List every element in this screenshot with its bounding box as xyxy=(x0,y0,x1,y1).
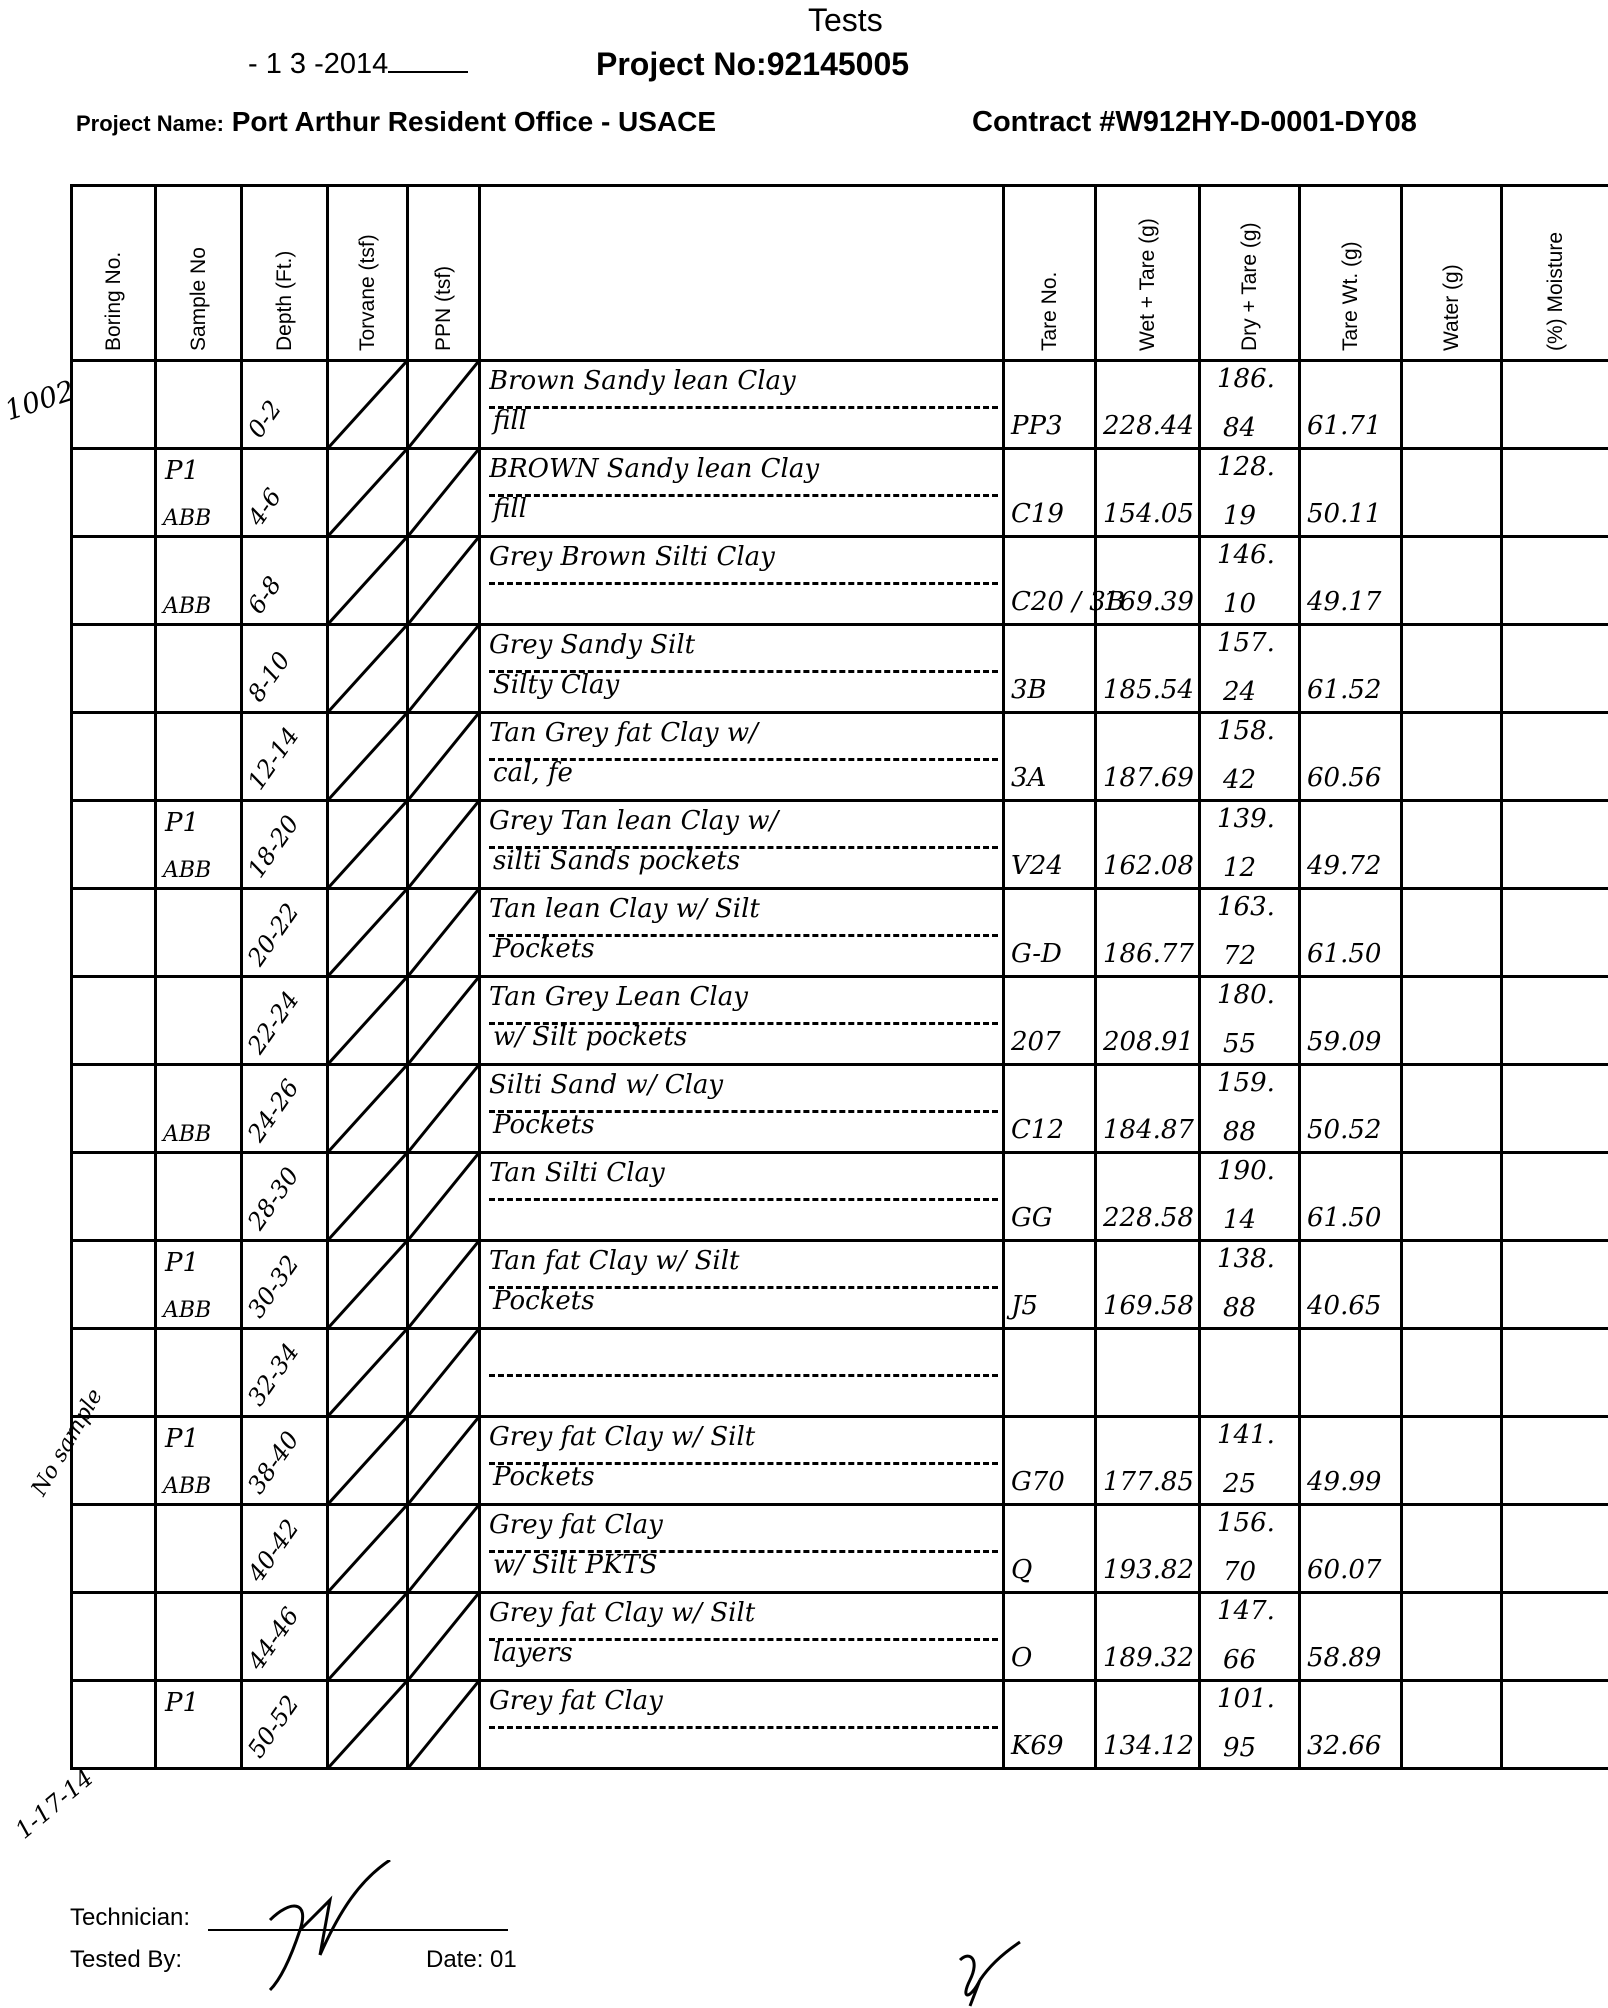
wet-tare-value: 177.85 xyxy=(1103,1467,1194,1497)
table-row: 28-30Tan Silti ClayGG228.58190.1461.50 xyxy=(72,1153,1608,1241)
description-cell: Grey fat Clay w/ SiltPockets xyxy=(480,1417,1004,1505)
na-slash-icon xyxy=(329,450,406,535)
column-header-label: Tare Wt. (g) xyxy=(1339,241,1363,351)
description-line-1: Grey fat Clay w/ Silt xyxy=(489,1422,998,1465)
table-row: 40-42Grey fat Clayw/ Silt PKTSQ193.82156… xyxy=(72,1505,1608,1593)
na-slash-icon xyxy=(409,1242,478,1327)
tare-no-cell: J5 xyxy=(1004,1241,1096,1329)
wet-tare-value: 162.08 xyxy=(1103,851,1194,881)
moisture-cell xyxy=(1502,361,1608,449)
wet-tare-cell: 186.77 xyxy=(1096,889,1200,977)
wet-tare-cell: 162.08 xyxy=(1096,801,1200,889)
dry-tare-int: 146. xyxy=(1217,540,1275,570)
description-line-1 xyxy=(489,1334,998,1377)
table-row: P1ABB4-6BROWN Sandy lean ClayfillC19154.… xyxy=(72,449,1608,537)
boring-cell xyxy=(72,713,156,801)
moisture-cell xyxy=(1502,1241,1608,1329)
torvane-cell xyxy=(328,1065,408,1153)
ppn-cell xyxy=(408,1593,480,1681)
wet-tare-value: 193.82 xyxy=(1103,1555,1194,1585)
depth-value: 24-26 xyxy=(242,1074,305,1147)
dry-tare-int: 139. xyxy=(1217,804,1275,834)
sample-code: ABB xyxy=(163,1298,211,1323)
sample-code: ABB xyxy=(163,1122,211,1147)
depth-cell: 22-24 xyxy=(242,977,328,1065)
tare-no-cell: C12 xyxy=(1004,1065,1096,1153)
depth-value: 20-22 xyxy=(242,898,305,971)
tare-wt-cell: 61.50 xyxy=(1300,1153,1402,1241)
description-line-1: Tan fat Clay w/ Silt xyxy=(489,1246,998,1289)
table-row: 20-22Tan lean Clay w/ SiltPocketsG-D186.… xyxy=(72,889,1608,977)
description-line-1: Silti Sand w/ Clay xyxy=(489,1070,998,1113)
wet-tare-cell: 193.82 xyxy=(1096,1505,1200,1593)
description-cell: Grey fat Clay xyxy=(480,1681,1004,1769)
dry-tare-cell: 101.95 xyxy=(1200,1681,1300,1769)
sample-no: P1 xyxy=(165,1248,199,1278)
moisture-cell xyxy=(1502,713,1608,801)
tare-no-value: J5 xyxy=(1011,1291,1038,1321)
dry-tare-cell: 157.24 xyxy=(1200,625,1300,713)
description-cell: Tan lean Clay w/ SiltPockets xyxy=(480,889,1004,977)
description-line-1: Grey fat Clay w/ Silt xyxy=(489,1598,998,1641)
boring-cell xyxy=(72,1065,156,1153)
description-line-1: Tan Grey Lean Clay xyxy=(489,982,998,1025)
tested-by-label: Tested By: xyxy=(70,1946,182,1974)
project-name-value: Port Arthur Resident Office - USACE xyxy=(232,106,716,137)
column-header-label: PPN (tsf) xyxy=(432,266,456,351)
moisture-test-table: Boring No.Sample NoDepth (Ft.)Torvane (t… xyxy=(70,184,1608,1770)
tare-wt-cell: 40.65 xyxy=(1300,1241,1402,1329)
dry-tare-cell: 141.25 xyxy=(1200,1417,1300,1505)
na-slash-icon xyxy=(409,978,478,1063)
dry-tare-dec: 95 xyxy=(1223,1733,1256,1763)
torvane-cell xyxy=(328,713,408,801)
na-slash-icon xyxy=(409,1066,478,1151)
dry-tare-dec: 88 xyxy=(1223,1293,1256,1323)
tare-wt-cell: 49.17 xyxy=(1300,537,1402,625)
sample-cell xyxy=(156,1153,242,1241)
tare-wt-cell: 61.71 xyxy=(1300,361,1402,449)
wet-tare-cell: 177.85 xyxy=(1096,1417,1200,1505)
torvane-cell xyxy=(328,1505,408,1593)
moisture-cell xyxy=(1502,1505,1608,1593)
wet-tare-value: 228.58 xyxy=(1103,1203,1194,1233)
tare-no-value: C19 xyxy=(1011,499,1064,529)
depth-value: 8-10 xyxy=(242,647,296,707)
na-slash-icon xyxy=(409,1594,478,1679)
tare-no-cell: C20 / 3B xyxy=(1004,537,1096,625)
column-header-11: (%) Moisture xyxy=(1502,186,1608,361)
wet-tare-value: 154.05 xyxy=(1103,499,1194,529)
na-slash-icon xyxy=(409,626,478,711)
tare-wt-cell: 60.56 xyxy=(1300,713,1402,801)
boring-cell xyxy=(72,625,156,713)
tare-wt-cell: 61.52 xyxy=(1300,625,1402,713)
dry-tare-dec: 88 xyxy=(1223,1117,1256,1147)
depth-value: 12-14 xyxy=(242,722,305,795)
boring-cell xyxy=(72,1681,156,1769)
table-row: P150-52Grey fat ClayK69134.12101.9532.66 xyxy=(72,1681,1608,1769)
wet-tare-value: 134.12 xyxy=(1103,1731,1194,1761)
description-cell: Grey Sandy SiltSilty Clay xyxy=(480,625,1004,713)
wet-tare-value: 169.58 xyxy=(1103,1291,1194,1321)
description-line-2: layers xyxy=(493,1638,573,1668)
tare-no-cell: V24 xyxy=(1004,801,1096,889)
tare-no-cell: 3B xyxy=(1004,625,1096,713)
tare-wt-cell: 61.50 xyxy=(1300,889,1402,977)
water-cell xyxy=(1402,449,1502,537)
water-cell xyxy=(1402,537,1502,625)
na-slash-icon xyxy=(409,802,478,887)
tare-wt-value: 61.52 xyxy=(1307,675,1381,705)
column-header-label: Water (g) xyxy=(1440,264,1464,351)
table-row: ABB24-26Silti Sand w/ ClayPocketsC12184.… xyxy=(72,1065,1608,1153)
table-row: 32-34 xyxy=(72,1329,1608,1417)
sample-cell xyxy=(156,977,242,1065)
water-cell xyxy=(1402,977,1502,1065)
dry-tare-int: 138. xyxy=(1217,1244,1275,1274)
moisture-cell xyxy=(1502,1593,1608,1681)
boring-cell xyxy=(72,361,156,449)
water-cell xyxy=(1402,1593,1502,1681)
project-name: Project Name: Port Arthur Resident Offic… xyxy=(76,106,716,138)
column-header-4: PPN (tsf) xyxy=(408,186,480,361)
wet-tare-cell: 189.32 xyxy=(1096,1593,1200,1681)
sample-cell: ABB xyxy=(156,537,242,625)
torvane-cell xyxy=(328,801,408,889)
contract-number: Contract #W912HY-D-0001-DY08 xyxy=(972,106,1417,139)
wet-tare-value: 187.69 xyxy=(1103,763,1194,793)
dry-tare-int: 163. xyxy=(1217,892,1275,922)
tare-no-cell: C19 xyxy=(1004,449,1096,537)
description-line-1: Grey Sandy Silt xyxy=(489,630,998,673)
table-row: P1ABB38-40Grey fat Clay w/ SiltPocketsG7… xyxy=(72,1417,1608,1505)
description-line-2: w/ Silt pockets xyxy=(493,1022,687,1052)
dry-tare-cell: 190.14 xyxy=(1200,1153,1300,1241)
tare-wt-cell: 50.52 xyxy=(1300,1065,1402,1153)
sample-cell xyxy=(156,1593,242,1681)
table-row: 12-14Tan Grey fat Clay w/cal, fe3A187.69… xyxy=(72,713,1608,801)
column-header-2: Depth (Ft.) xyxy=(242,186,328,361)
depth-value: 6-8 xyxy=(242,571,287,619)
sample-cell: P1ABB xyxy=(156,1241,242,1329)
dry-tare-cell: 186.84 xyxy=(1200,361,1300,449)
torvane-cell xyxy=(328,1417,408,1505)
description-line-2: cal, fe xyxy=(493,758,573,788)
description-line-1: Tan lean Clay w/ Silt xyxy=(489,894,998,937)
torvane-cell xyxy=(328,1153,408,1241)
boring-cell xyxy=(72,977,156,1065)
tare-no-value: G-D xyxy=(1011,939,1062,969)
wet-tare-value: 184.87 xyxy=(1103,1115,1194,1145)
tare-wt-cell: 49.72 xyxy=(1300,801,1402,889)
dry-tare-int: 157. xyxy=(1217,628,1275,658)
dry-tare-cell: 159.88 xyxy=(1200,1065,1300,1153)
technician-label: Technician: xyxy=(70,1904,190,1932)
tare-wt-cell xyxy=(1300,1329,1402,1417)
column-header-label: Depth (Ft.) xyxy=(273,251,297,351)
sample-code: ABB xyxy=(163,594,211,619)
sample-cell: ABB xyxy=(156,1065,242,1153)
column-header-1: Sample No xyxy=(156,186,242,361)
column-header-6: Tare No. xyxy=(1004,186,1096,361)
column-header-8: Dry + Tare (g) xyxy=(1200,186,1300,361)
initials-mark xyxy=(950,1940,1030,2008)
column-header-5 xyxy=(480,186,1004,361)
depth-value: 30-32 xyxy=(242,1250,305,1323)
column-header-7: Wet + Tare (g) xyxy=(1096,186,1200,361)
dry-tare-int: 141. xyxy=(1217,1420,1275,1450)
tare-no-value: PP3 xyxy=(1011,411,1063,441)
depth-cell: 6-8 xyxy=(242,537,328,625)
depth-cell: 20-22 xyxy=(242,889,328,977)
description-line-2: Pockets xyxy=(493,1462,595,1492)
depth-cell: 40-42 xyxy=(242,1505,328,1593)
table-row: 44-46Grey fat Clay w/ SiltlayersO189.321… xyxy=(72,1593,1608,1681)
na-slash-icon xyxy=(329,1594,406,1679)
ppn-cell xyxy=(408,1505,480,1593)
wet-tare-value: 185.54 xyxy=(1103,675,1194,705)
depth-value: 22-24 xyxy=(242,986,305,1059)
tare-wt-cell: 50.11 xyxy=(1300,449,1402,537)
tare-wt-value: 61.71 xyxy=(1307,411,1381,441)
depth-value: 50-52 xyxy=(242,1690,305,1763)
na-slash-icon xyxy=(409,450,478,535)
depth-cell: 50-52 xyxy=(242,1681,328,1769)
column-header-3: Torvane (tsf) xyxy=(328,186,408,361)
dry-tare-int: 186. xyxy=(1217,364,1275,394)
dry-tare-cell: 139.12 xyxy=(1200,801,1300,889)
dry-tare-cell: 158.42 xyxy=(1200,713,1300,801)
description-line-2: fill xyxy=(493,406,527,436)
na-slash-icon xyxy=(409,1330,478,1415)
sample-no: P1 xyxy=(165,808,199,838)
depth-cell: 4-6 xyxy=(242,449,328,537)
sample-code: ABB xyxy=(163,1474,211,1499)
boring-cell xyxy=(72,801,156,889)
tare-no-value: 207 xyxy=(1011,1027,1061,1057)
column-header-label: Wet + Tare (g) xyxy=(1136,218,1160,351)
depth-value: 40-42 xyxy=(242,1514,305,1587)
tare-no-value: 3A xyxy=(1011,763,1046,793)
water-cell xyxy=(1402,625,1502,713)
depth-value: 0-2 xyxy=(242,395,287,443)
water-cell xyxy=(1402,1153,1502,1241)
project-name-label: Project Name: xyxy=(76,111,224,136)
torvane-cell xyxy=(328,889,408,977)
water-cell xyxy=(1402,713,1502,801)
boring-cell xyxy=(72,1241,156,1329)
boring-cell xyxy=(72,1153,156,1241)
description-line-2: w/ Silt PKTS xyxy=(493,1550,658,1580)
wet-tare-value: 228.44 xyxy=(1103,411,1194,441)
na-slash-icon xyxy=(409,1682,478,1767)
dry-tare-int: 101. xyxy=(1217,1684,1275,1714)
torvane-cell xyxy=(328,449,408,537)
torvane-cell xyxy=(328,361,408,449)
depth-cell: 28-30 xyxy=(242,1153,328,1241)
description-line-2: Pockets xyxy=(493,1286,595,1316)
ppn-cell xyxy=(408,1065,480,1153)
sample-code: ABB xyxy=(163,506,211,531)
water-cell xyxy=(1402,1329,1502,1417)
na-slash-icon xyxy=(329,538,406,623)
depth-value: 28-30 xyxy=(242,1162,305,1235)
depth-value: 18-20 xyxy=(242,810,305,883)
na-slash-icon xyxy=(329,890,406,975)
description-cell: Tan fat Clay w/ SiltPockets xyxy=(480,1241,1004,1329)
description-line-1: BROWN Sandy lean Clay xyxy=(489,454,998,497)
description-cell: BROWN Sandy lean Clayfill xyxy=(480,449,1004,537)
na-slash-icon xyxy=(409,890,478,975)
tare-wt-value: 40.65 xyxy=(1307,1291,1381,1321)
ppn-cell xyxy=(408,1417,480,1505)
torvane-cell xyxy=(328,1241,408,1329)
na-slash-icon xyxy=(409,714,478,799)
depth-cell: 0-2 xyxy=(242,361,328,449)
sample-cell: P1ABB xyxy=(156,449,242,537)
na-slash-icon xyxy=(329,1066,406,1151)
moisture-cell xyxy=(1502,1065,1608,1153)
description-cell: Tan Grey Lean Clayw/ Silt pockets xyxy=(480,977,1004,1065)
ppn-cell xyxy=(408,801,480,889)
dry-tare-dec: 25 xyxy=(1223,1469,1256,1499)
ppn-cell xyxy=(408,449,480,537)
description-cell: Tan Silti Clay xyxy=(480,1153,1004,1241)
tare-no-cell: GG xyxy=(1004,1153,1096,1241)
depth-cell: 18-20 xyxy=(242,801,328,889)
description-cell: Grey Tan lean Clay w/silti Sands pockets xyxy=(480,801,1004,889)
dry-tare-dec: 14 xyxy=(1223,1205,1256,1235)
dry-tare-int: 190. xyxy=(1217,1156,1275,1186)
description-line-1: Tan Grey fat Clay w/ xyxy=(489,718,998,761)
tare-no-cell: G-D xyxy=(1004,889,1096,977)
ppn-cell xyxy=(408,1153,480,1241)
na-slash-icon xyxy=(329,1682,406,1767)
na-slash-icon xyxy=(329,1418,406,1503)
sample-no: P1 xyxy=(165,1688,199,1718)
tare-wt-value: 60.56 xyxy=(1307,763,1381,793)
tare-no-value: K69 xyxy=(1011,1731,1064,1761)
column-header-label: Sample No xyxy=(187,247,211,351)
na-slash-icon xyxy=(329,802,406,887)
tare-wt-value: 61.50 xyxy=(1307,939,1381,969)
tare-no-cell: O xyxy=(1004,1593,1096,1681)
tare-wt-cell: 49.99 xyxy=(1300,1417,1402,1505)
technician-signature xyxy=(240,1860,400,2000)
wet-tare-cell: 185.54 xyxy=(1096,625,1200,713)
description-cell: Grey fat Clay w/ Siltlayers xyxy=(480,1593,1004,1681)
na-slash-icon xyxy=(409,1154,478,1239)
tare-no-value: Q xyxy=(1011,1555,1032,1585)
boring-number-note: 1002 xyxy=(1,374,79,427)
tare-wt-value: 61.50 xyxy=(1307,1203,1381,1233)
dry-tare-dec: 12 xyxy=(1223,853,1256,883)
depth-cell: 30-32 xyxy=(242,1241,328,1329)
description-cell: Grey Brown Silti Clay xyxy=(480,537,1004,625)
tare-no-cell xyxy=(1004,1329,1096,1417)
description-cell: Brown Sandy lean Clayfill xyxy=(480,361,1004,449)
boring-cell xyxy=(72,889,156,977)
document-title: Tests xyxy=(808,2,883,39)
depth-value: 38-40 xyxy=(242,1426,305,1499)
dry-tare-dec: 55 xyxy=(1223,1029,1256,1059)
ppn-cell xyxy=(408,977,480,1065)
dry-tare-cell: 128.19 xyxy=(1200,449,1300,537)
moisture-cell xyxy=(1502,1153,1608,1241)
water-cell xyxy=(1402,361,1502,449)
water-cell xyxy=(1402,1065,1502,1153)
ppn-cell xyxy=(408,889,480,977)
boring-cell xyxy=(72,1505,156,1593)
moisture-cell xyxy=(1502,889,1608,977)
description-line-2: Pockets xyxy=(493,1110,595,1140)
torvane-cell xyxy=(328,977,408,1065)
tare-wt-value: 58.89 xyxy=(1307,1643,1381,1673)
dry-tare-dec: 70 xyxy=(1223,1557,1256,1587)
boring-cell xyxy=(72,449,156,537)
water-cell xyxy=(1402,1417,1502,1505)
depth-cell: 8-10 xyxy=(242,625,328,713)
sample-cell xyxy=(156,1329,242,1417)
water-cell xyxy=(1402,801,1502,889)
description-line-1: Grey fat Clay xyxy=(489,1686,998,1729)
table-row: 8-10Grey Sandy SiltSilty Clay3B185.54157… xyxy=(72,625,1608,713)
depth-value: 4-6 xyxy=(242,483,287,531)
na-slash-icon xyxy=(329,1242,406,1327)
tare-no-cell: 3A xyxy=(1004,713,1096,801)
sample-cell xyxy=(156,713,242,801)
ppn-cell xyxy=(408,537,480,625)
dry-tare-int: 159. xyxy=(1217,1068,1275,1098)
column-header-10: Water (g) xyxy=(1402,186,1502,361)
na-slash-icon xyxy=(329,626,406,711)
boring-cell xyxy=(72,537,156,625)
wet-tare-cell: 134.12 xyxy=(1096,1681,1200,1769)
tare-no-cell: PP3 xyxy=(1004,361,1096,449)
description-line-1: Tan Silti Clay xyxy=(489,1158,998,1201)
dry-tare-cell xyxy=(1200,1329,1300,1417)
dry-tare-dec: 66 xyxy=(1223,1645,1256,1675)
tare-no-value: 3B xyxy=(1011,675,1047,705)
table-body: 0-2Brown Sandy lean ClayfillPP3228.44186… xyxy=(72,361,1608,1769)
depth-value: 44-46 xyxy=(242,1602,305,1675)
column-header-0: Boring No. xyxy=(72,186,156,361)
column-header-label: Boring No. xyxy=(102,252,126,351)
torvane-cell xyxy=(328,1593,408,1681)
depth-cell: 24-26 xyxy=(242,1065,328,1153)
depth-cell: 12-14 xyxy=(242,713,328,801)
sample-cell xyxy=(156,1505,242,1593)
water-cell xyxy=(1402,889,1502,977)
tare-no-value: G70 xyxy=(1011,1467,1065,1497)
na-slash-icon xyxy=(409,538,478,623)
dry-tare-dec: 19 xyxy=(1223,501,1256,531)
moisture-cell xyxy=(1502,977,1608,1065)
na-slash-icon xyxy=(409,1506,478,1591)
date-blank-line xyxy=(388,71,468,73)
table-header-row: Boring No.Sample NoDepth (Ft.)Torvane (t… xyxy=(72,186,1608,361)
tare-no-value: V24 xyxy=(1011,851,1063,881)
dry-tare-int: 156. xyxy=(1217,1508,1275,1538)
dry-tare-cell: 180.55 xyxy=(1200,977,1300,1065)
column-header-label: Dry + Tare (g) xyxy=(1238,222,1262,351)
ppn-cell xyxy=(408,1329,480,1417)
dry-tare-int: 158. xyxy=(1217,716,1275,746)
dry-tare-cell: 156.70 xyxy=(1200,1505,1300,1593)
wet-tare-cell: 154.05 xyxy=(1096,449,1200,537)
sample-cell: P1ABB xyxy=(156,1417,242,1505)
